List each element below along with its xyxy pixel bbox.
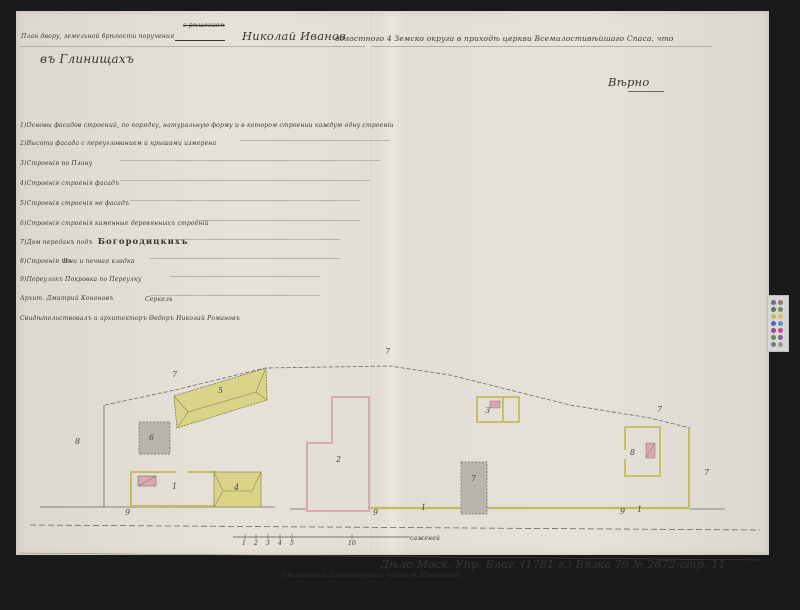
building-2 xyxy=(307,397,369,511)
building-6-shed xyxy=(139,422,170,454)
marker-bottom-center-left: 9 xyxy=(373,508,378,517)
building-3-outbuilding xyxy=(477,397,519,422)
scale-unit-label: саженей xyxy=(410,535,440,542)
scale-tick-5: 5 xyxy=(290,540,294,547)
marker-bottom-right-b: 1 xyxy=(637,505,642,514)
building-label-1: 1 xyxy=(172,482,177,491)
bottom-caption: Смотритель Архитектурной части въ Ильинс… xyxy=(282,572,462,579)
site-plan-drawing xyxy=(0,0,800,610)
marker-top-center: 7 xyxy=(385,347,390,356)
scale-tick-10: 10 xyxy=(348,540,356,547)
scale-tick-1: 1 xyxy=(242,540,246,547)
building-label-2: 2 xyxy=(336,455,341,464)
building-5 xyxy=(174,368,267,428)
marker-bottom-center: 1 xyxy=(421,503,426,512)
color-calibration-target xyxy=(767,295,789,352)
scale-tick-2: 2 xyxy=(254,540,258,547)
scale-tick-3: 3 xyxy=(266,540,270,547)
marker-top-right: 7 xyxy=(657,405,662,414)
marker-right: 7 xyxy=(704,468,709,477)
building-label-7: 7 xyxy=(471,474,476,483)
street-dashed-line xyxy=(30,525,760,530)
building-label-5: 5 xyxy=(218,386,223,395)
building-label-3: 3 xyxy=(485,406,490,415)
archive-stamp: Дѣло Моск. Упр. Благ. (1781 г.) Вязка 79… xyxy=(380,558,726,571)
building-7-shed xyxy=(461,462,487,514)
marker-bottom-left: 9 xyxy=(125,508,130,517)
building-label-6: 6 xyxy=(149,433,154,442)
marker-left: 8 xyxy=(75,437,80,446)
scale-tick-4: 4 xyxy=(278,540,282,547)
building-label-4: 4 xyxy=(234,483,239,492)
marker-bottom-right-a: 9 xyxy=(620,507,625,516)
marker-top-left: 7 xyxy=(172,370,177,379)
building-label-8: 8 xyxy=(630,448,635,457)
